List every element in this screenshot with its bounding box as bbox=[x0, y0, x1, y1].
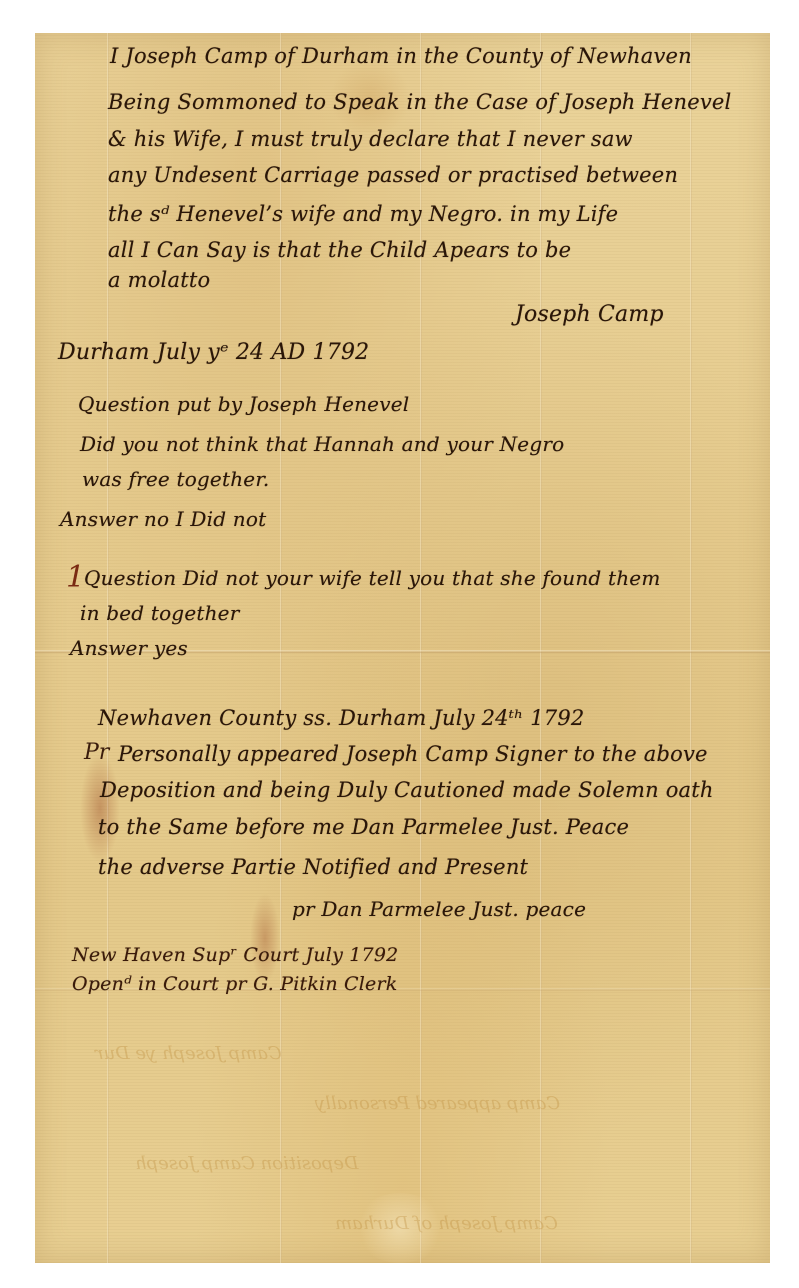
jurat-line: Personally appeared Joseph Camp Signer t… bbox=[118, 742, 708, 766]
dateline: Durham July yᵉ 24 AD 1792 bbox=[58, 340, 369, 365]
justice-signature: pr Dan Parmelee Just. peace bbox=[292, 897, 586, 921]
question-number: 1 bbox=[66, 560, 85, 595]
bleed-through-text: Camp Joseph ye Dur bbox=[95, 1043, 282, 1064]
bleed-through-text: Camp Joseph of Durham bbox=[335, 1213, 558, 1234]
answer-line: Answer no I Did not bbox=[60, 507, 266, 531]
court-note-line: Openᵈ in Court pr G. Pitkin Clerk bbox=[72, 973, 397, 995]
question-line: in bed together bbox=[80, 601, 239, 625]
question-line: was free together. bbox=[82, 467, 269, 491]
court-note-line: New Haven Supʳ Court July 1792 bbox=[72, 944, 398, 966]
deposition-line: a molatto bbox=[108, 268, 210, 292]
deponent-signature: Joseph Camp bbox=[515, 302, 664, 327]
deposition-line: any Undesent Carriage passed or practise… bbox=[108, 163, 678, 187]
jurat-line: to the Same before me Dan Parmelee Just.… bbox=[98, 815, 629, 839]
deposition-line: Being Sommoned to Speak in the Case of J… bbox=[108, 90, 731, 114]
red-ink-smear bbox=[80, 753, 120, 863]
deposition-line: & his Wife, I must truly declare that I … bbox=[108, 127, 633, 151]
question-line: Did you not think that Hannah and your N… bbox=[80, 432, 564, 456]
deposition-line: the sᵈ Henevel’s wife and my Negro. in m… bbox=[108, 202, 618, 226]
vertical-fold bbox=[690, 33, 692, 1263]
deposition-line: I Joseph Camp of Durham in the County of… bbox=[110, 44, 692, 68]
answer-line: Answer yes bbox=[70, 636, 188, 660]
jurat-line: Deposition and being Duly Cautioned made… bbox=[100, 778, 714, 802]
jurat-line: the adverse Partie Notified and Present bbox=[98, 855, 528, 879]
question-header: Question put by Joseph Henevel bbox=[78, 392, 409, 416]
margin-mark: Pr bbox=[84, 740, 109, 765]
question-line: Question Did not your wife tell you that… bbox=[84, 566, 661, 590]
deposition-line: all I Can Say is that the Child Apears t… bbox=[108, 238, 571, 262]
red-ink-smear bbox=[250, 893, 280, 983]
jurat-line: Newhaven County ss. Durham July 24ᵗʰ 179… bbox=[98, 706, 585, 730]
bleed-through-text: Camp appeared Personally bbox=[315, 1093, 560, 1114]
bleed-through-text: Deposition Camp Joseph bbox=[135, 1153, 358, 1174]
